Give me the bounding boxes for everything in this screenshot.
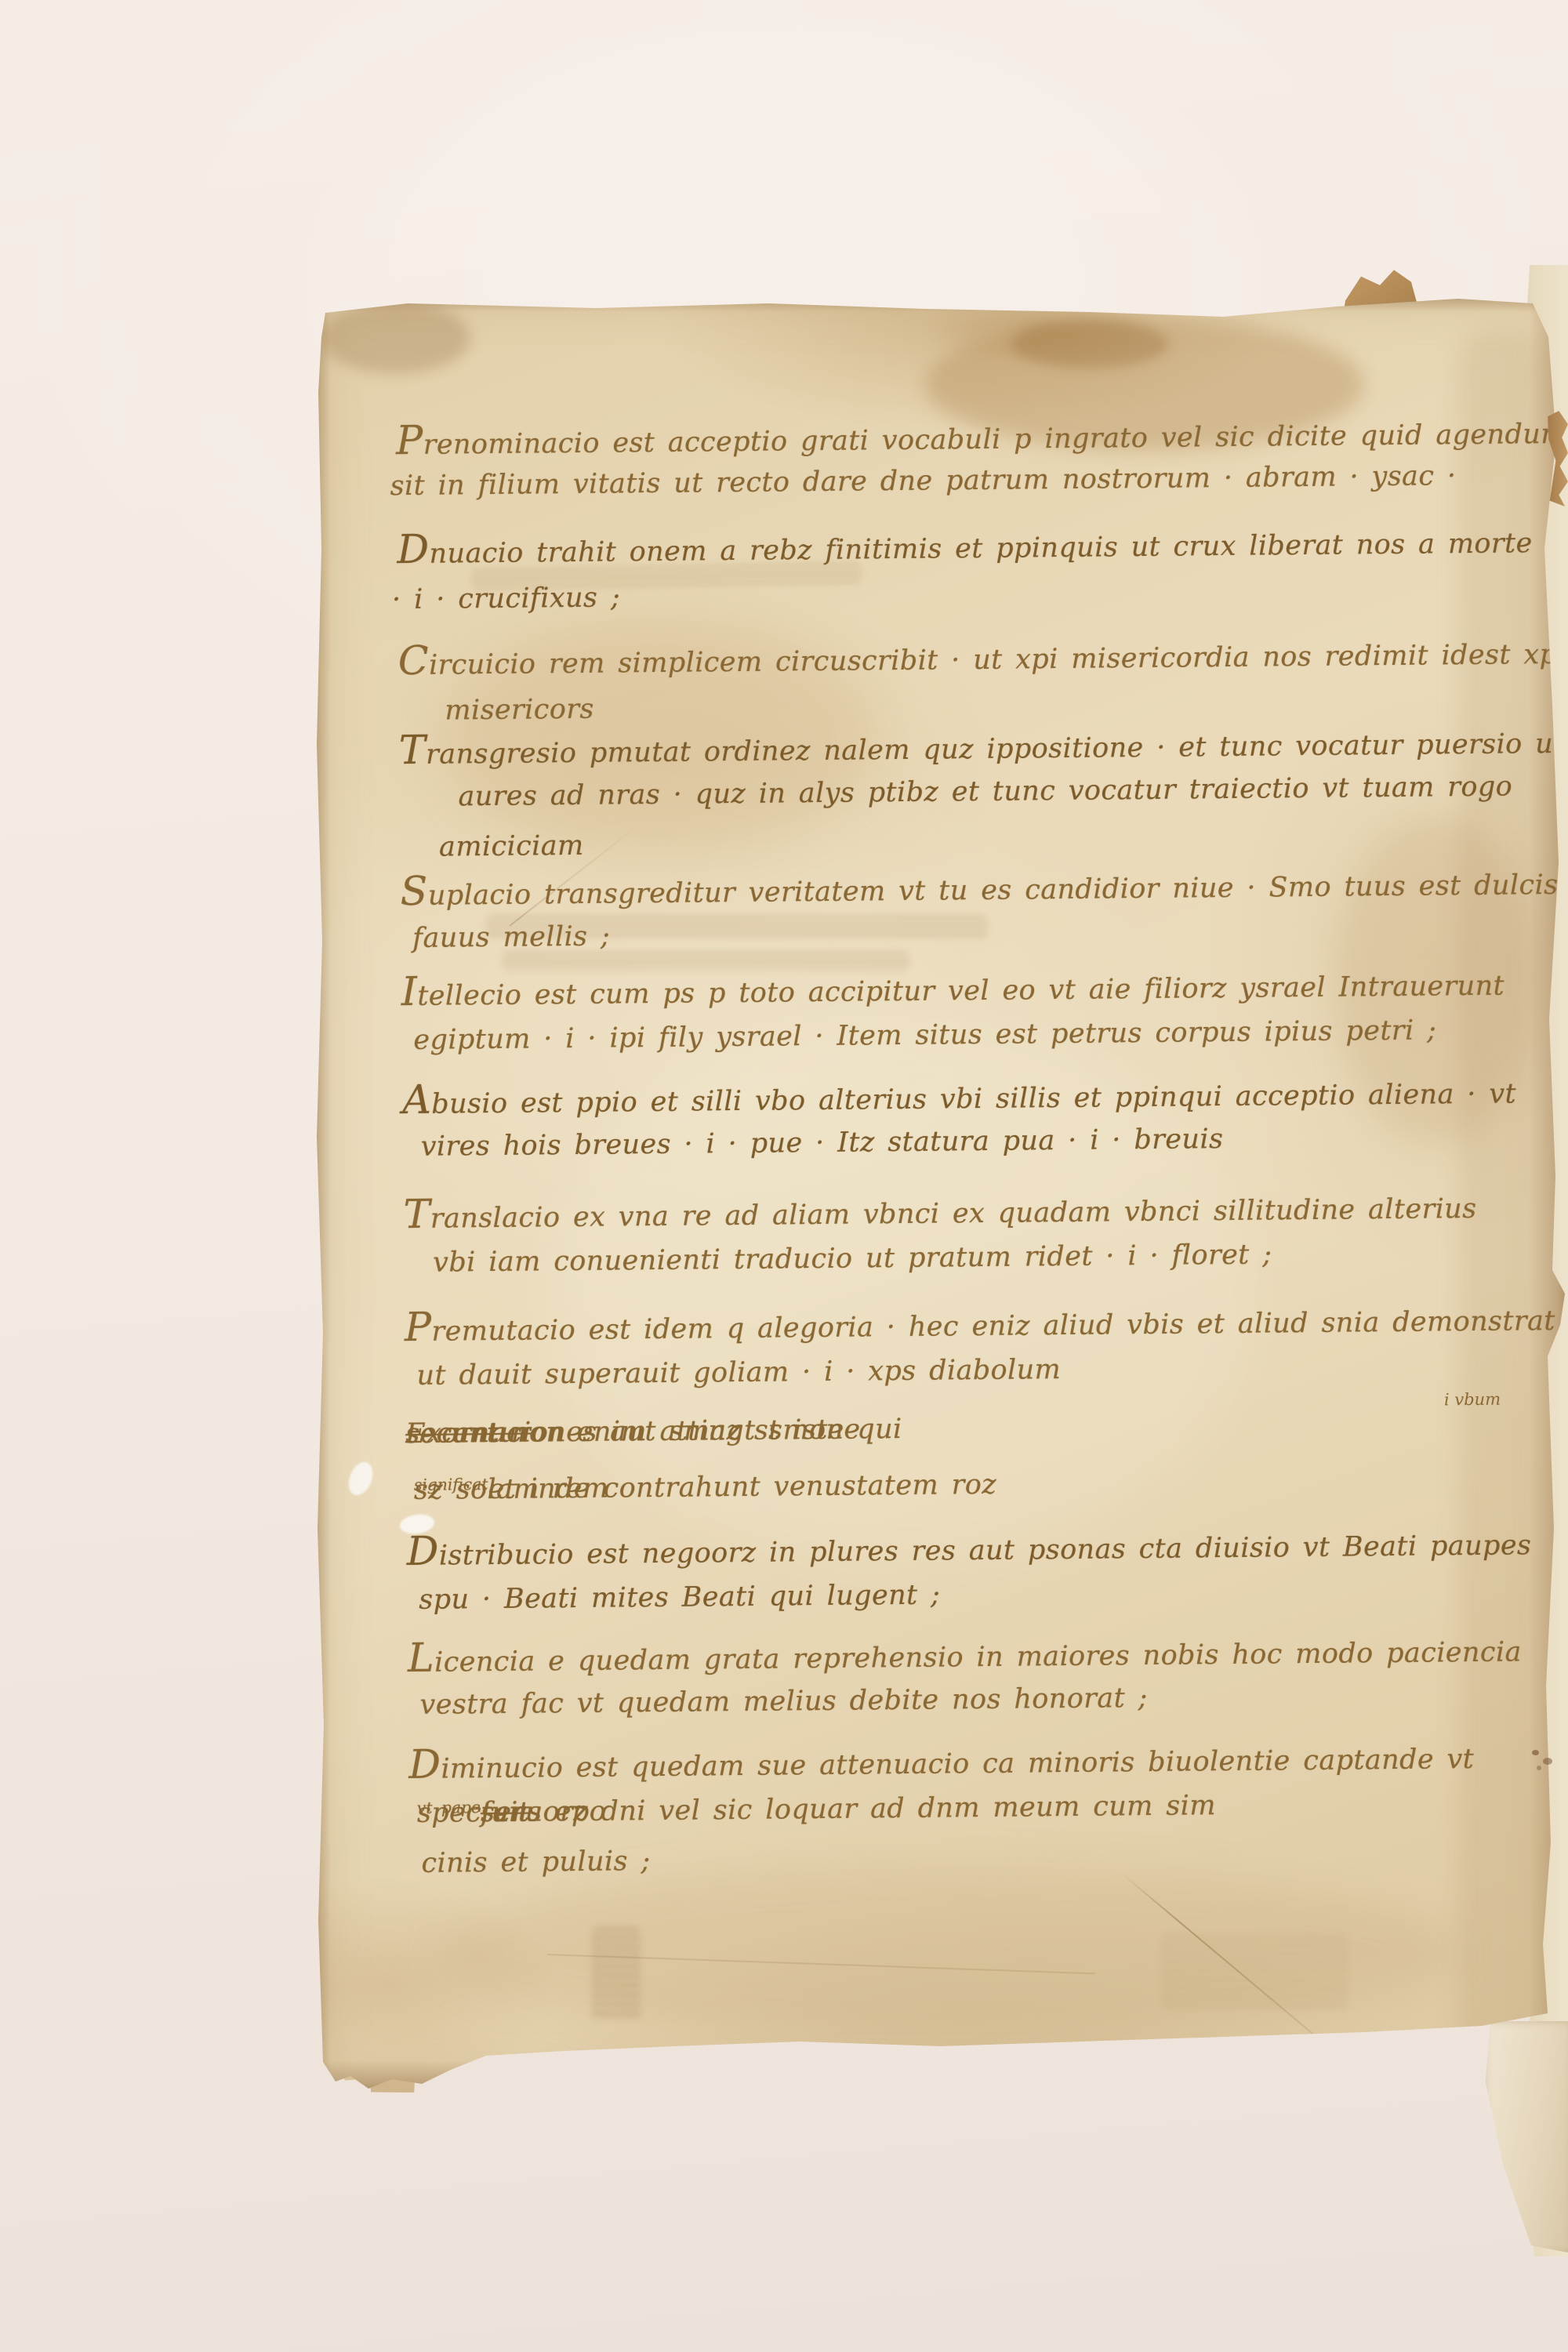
manuscript-line: spu · Beati mites Beati qui lugent ;: [419, 1582, 940, 1614]
adjacent-leaf-curl: [1480, 2021, 1568, 2252]
manuscript-line: Abusio est ppio et silli vbo alterius vb…: [402, 1069, 1516, 1120]
manuscript-line: Distribucio est negoorz in plures res au…: [406, 1521, 1531, 1572]
manuscript-line: Diminucio est quedam sue attenuacio ca m…: [408, 1735, 1474, 1785]
manuscript-line: Translacio ex vna re ad aliam vbnci ex q…: [403, 1185, 1476, 1235]
line-segment: secant non enim attingt smone: [405, 1416, 861, 1448]
manuscript-line: Dnuacio trahit onem a rebz finitimis et …: [397, 519, 1533, 570]
manuscript-line: spectans epo vt pape fuit seruorz dni ve…: [417, 1799, 481, 1828]
manuscript-line: vires hois breues · i · pue · Itz statur…: [421, 1126, 1224, 1161]
manuscript-line: · i · crucifixus ;: [392, 584, 620, 614]
manuscript-line: vestra fac vt quedam melius debite nos h…: [419, 1685, 1148, 1719]
manuscript-line: egiptum · i · ipi fily ysrael · Item sit…: [413, 1017, 1436, 1054]
interlinear-gloss: i vbum: [1444, 1390, 1501, 1410]
manuscript-line: ut dauit superauit goliam · i · xps diab…: [416, 1356, 1061, 1390]
manuscript-line: Transgresio pmutat ordinez nalem quz ipp…: [399, 720, 1565, 771]
manuscript-page: Prenominacio est acceptio grati vocabuli…: [312, 292, 1566, 2092]
manuscript-line: Itellecio est cum ps p toto accipitur ve…: [401, 962, 1505, 1012]
manuscript-line: Circuicio rem simplicem circuscribit · u…: [398, 630, 1568, 681]
manuscript-line: cinis et puluis ;: [421, 1848, 650, 1878]
interlinear-gloss: vt pape: [417, 1798, 481, 1817]
manuscript-line: amiciciam: [439, 833, 584, 862]
photo-backdrop: Prenominacio est acceptio grati vocabuli…: [0, 0, 1568, 2352]
manuscript-line: Premutacio est idem q alegoria · hec eni…: [405, 1297, 1555, 1348]
manuscript-line: fauus mellis ;: [412, 924, 610, 953]
manuscript-line: sit in filium vitatis ut recto dare dne …: [390, 463, 1456, 500]
ink-specks: [1530, 1747, 1562, 1775]
manuscript-line: aures ad nras · quz in alys ptibz et tun…: [458, 773, 1512, 811]
interlinear-gloss: significat: [414, 1475, 488, 1494]
line-segment: seruorz dni vel sic loquar ad dnm meum c…: [481, 1792, 1216, 1827]
line-segment: et inde contrahunt venustatem roz: [488, 1472, 996, 1504]
manuscript-line: Prenominacio est acceptio grati vocabuli…: [396, 410, 1567, 461]
manuscript-line: vbi iam conuenienti traducio ut pratum r…: [433, 1241, 1272, 1276]
manuscript-line: Licencia e quedam grata reprehensio in m…: [408, 1628, 1522, 1678]
manuscript-line: Suplacio transgreditur veritatem vt tu e…: [400, 860, 1568, 911]
manuscript-line: sz solam rem significat et inde contrahu…: [414, 1476, 488, 1504]
page-edge-shading: [312, 2060, 1566, 2092]
handwritten-text-layer: Prenominacio est acceptio grati vocabuli…: [310, 281, 1568, 2092]
manuscript-line: misericors: [445, 696, 594, 725]
